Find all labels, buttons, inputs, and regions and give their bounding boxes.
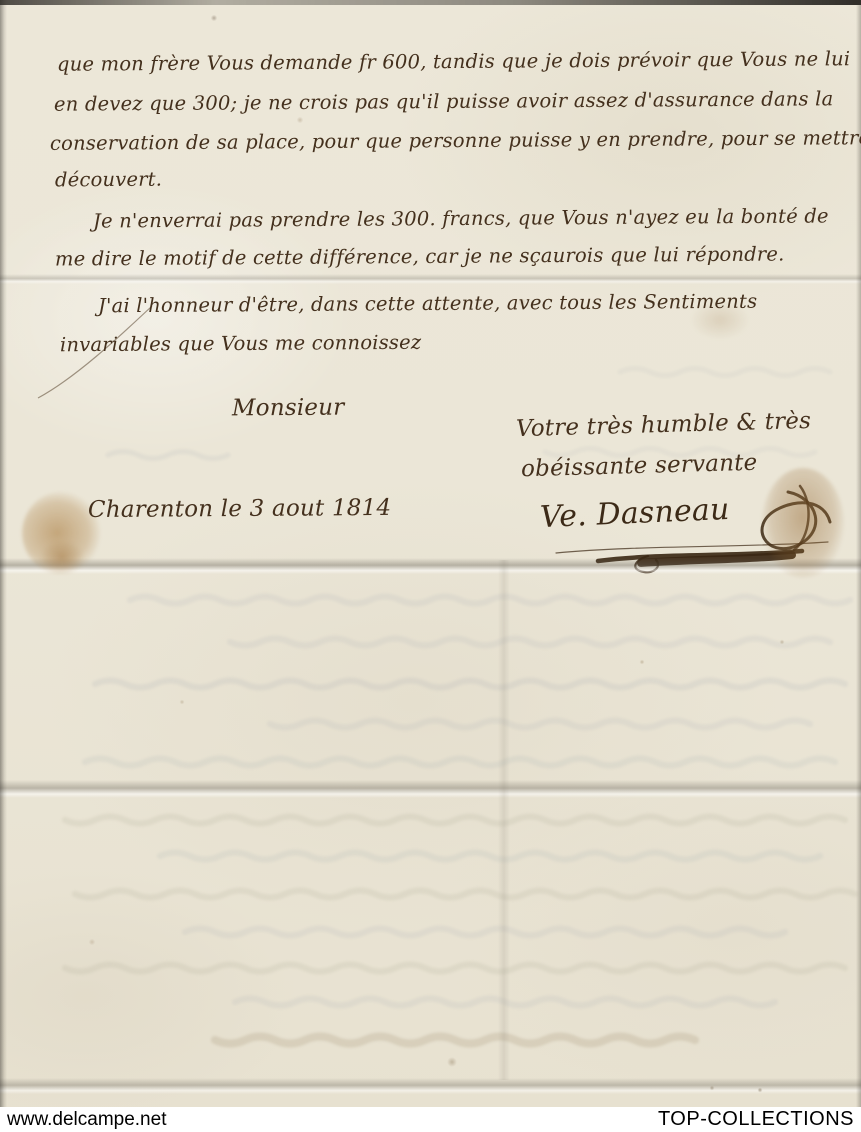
letter-line: me dire le motif de cette différence, ca… xyxy=(55,242,785,270)
letter-line: Je n'enverrai pas prendre les 300. franc… xyxy=(93,204,829,232)
fold-crease xyxy=(0,274,861,284)
letter-line: en devez que 300; je ne crois pas qu'il … xyxy=(54,87,834,115)
letter-line: découvert. xyxy=(55,168,162,192)
signature: Ve. Dasneau xyxy=(539,492,730,535)
salutation: Monsieur xyxy=(232,395,345,422)
fold-crease xyxy=(0,1078,861,1094)
fold-crease xyxy=(0,558,861,574)
fold-crease xyxy=(0,780,861,798)
scan-edge-top xyxy=(0,0,861,5)
watermark-footer: www.delcampe.net TOP-COLLECTIONS xyxy=(0,1107,861,1132)
dateline: Charenton le 3 aout 1814 xyxy=(88,495,391,523)
letter-line: conservation de sa place, pour que perso… xyxy=(50,126,861,155)
scan-edge-left xyxy=(0,0,7,1132)
fold-crease-vertical xyxy=(498,560,510,1080)
footer-site-url: www.delcampe.net xyxy=(7,1109,166,1131)
valediction-line: Votre très humble & très xyxy=(516,408,812,442)
footer-seller-name: TOP-COLLECTIONS xyxy=(658,1108,854,1131)
scan-edge-right xyxy=(856,0,861,1132)
letter-line: invariables que Vous me connoissez xyxy=(60,331,421,357)
letter-line: que mon frère Vous demande fr 600, tandi… xyxy=(57,47,850,76)
ink-stain xyxy=(40,540,84,574)
valediction-line: obéissante servante xyxy=(521,450,758,483)
scanned-letter-page: que mon frère Vous demande fr 600, tandi… xyxy=(0,0,861,1132)
ink-stain xyxy=(762,468,844,578)
letter-line: J'ai l'honneur d'être, dans cette attent… xyxy=(98,290,757,318)
